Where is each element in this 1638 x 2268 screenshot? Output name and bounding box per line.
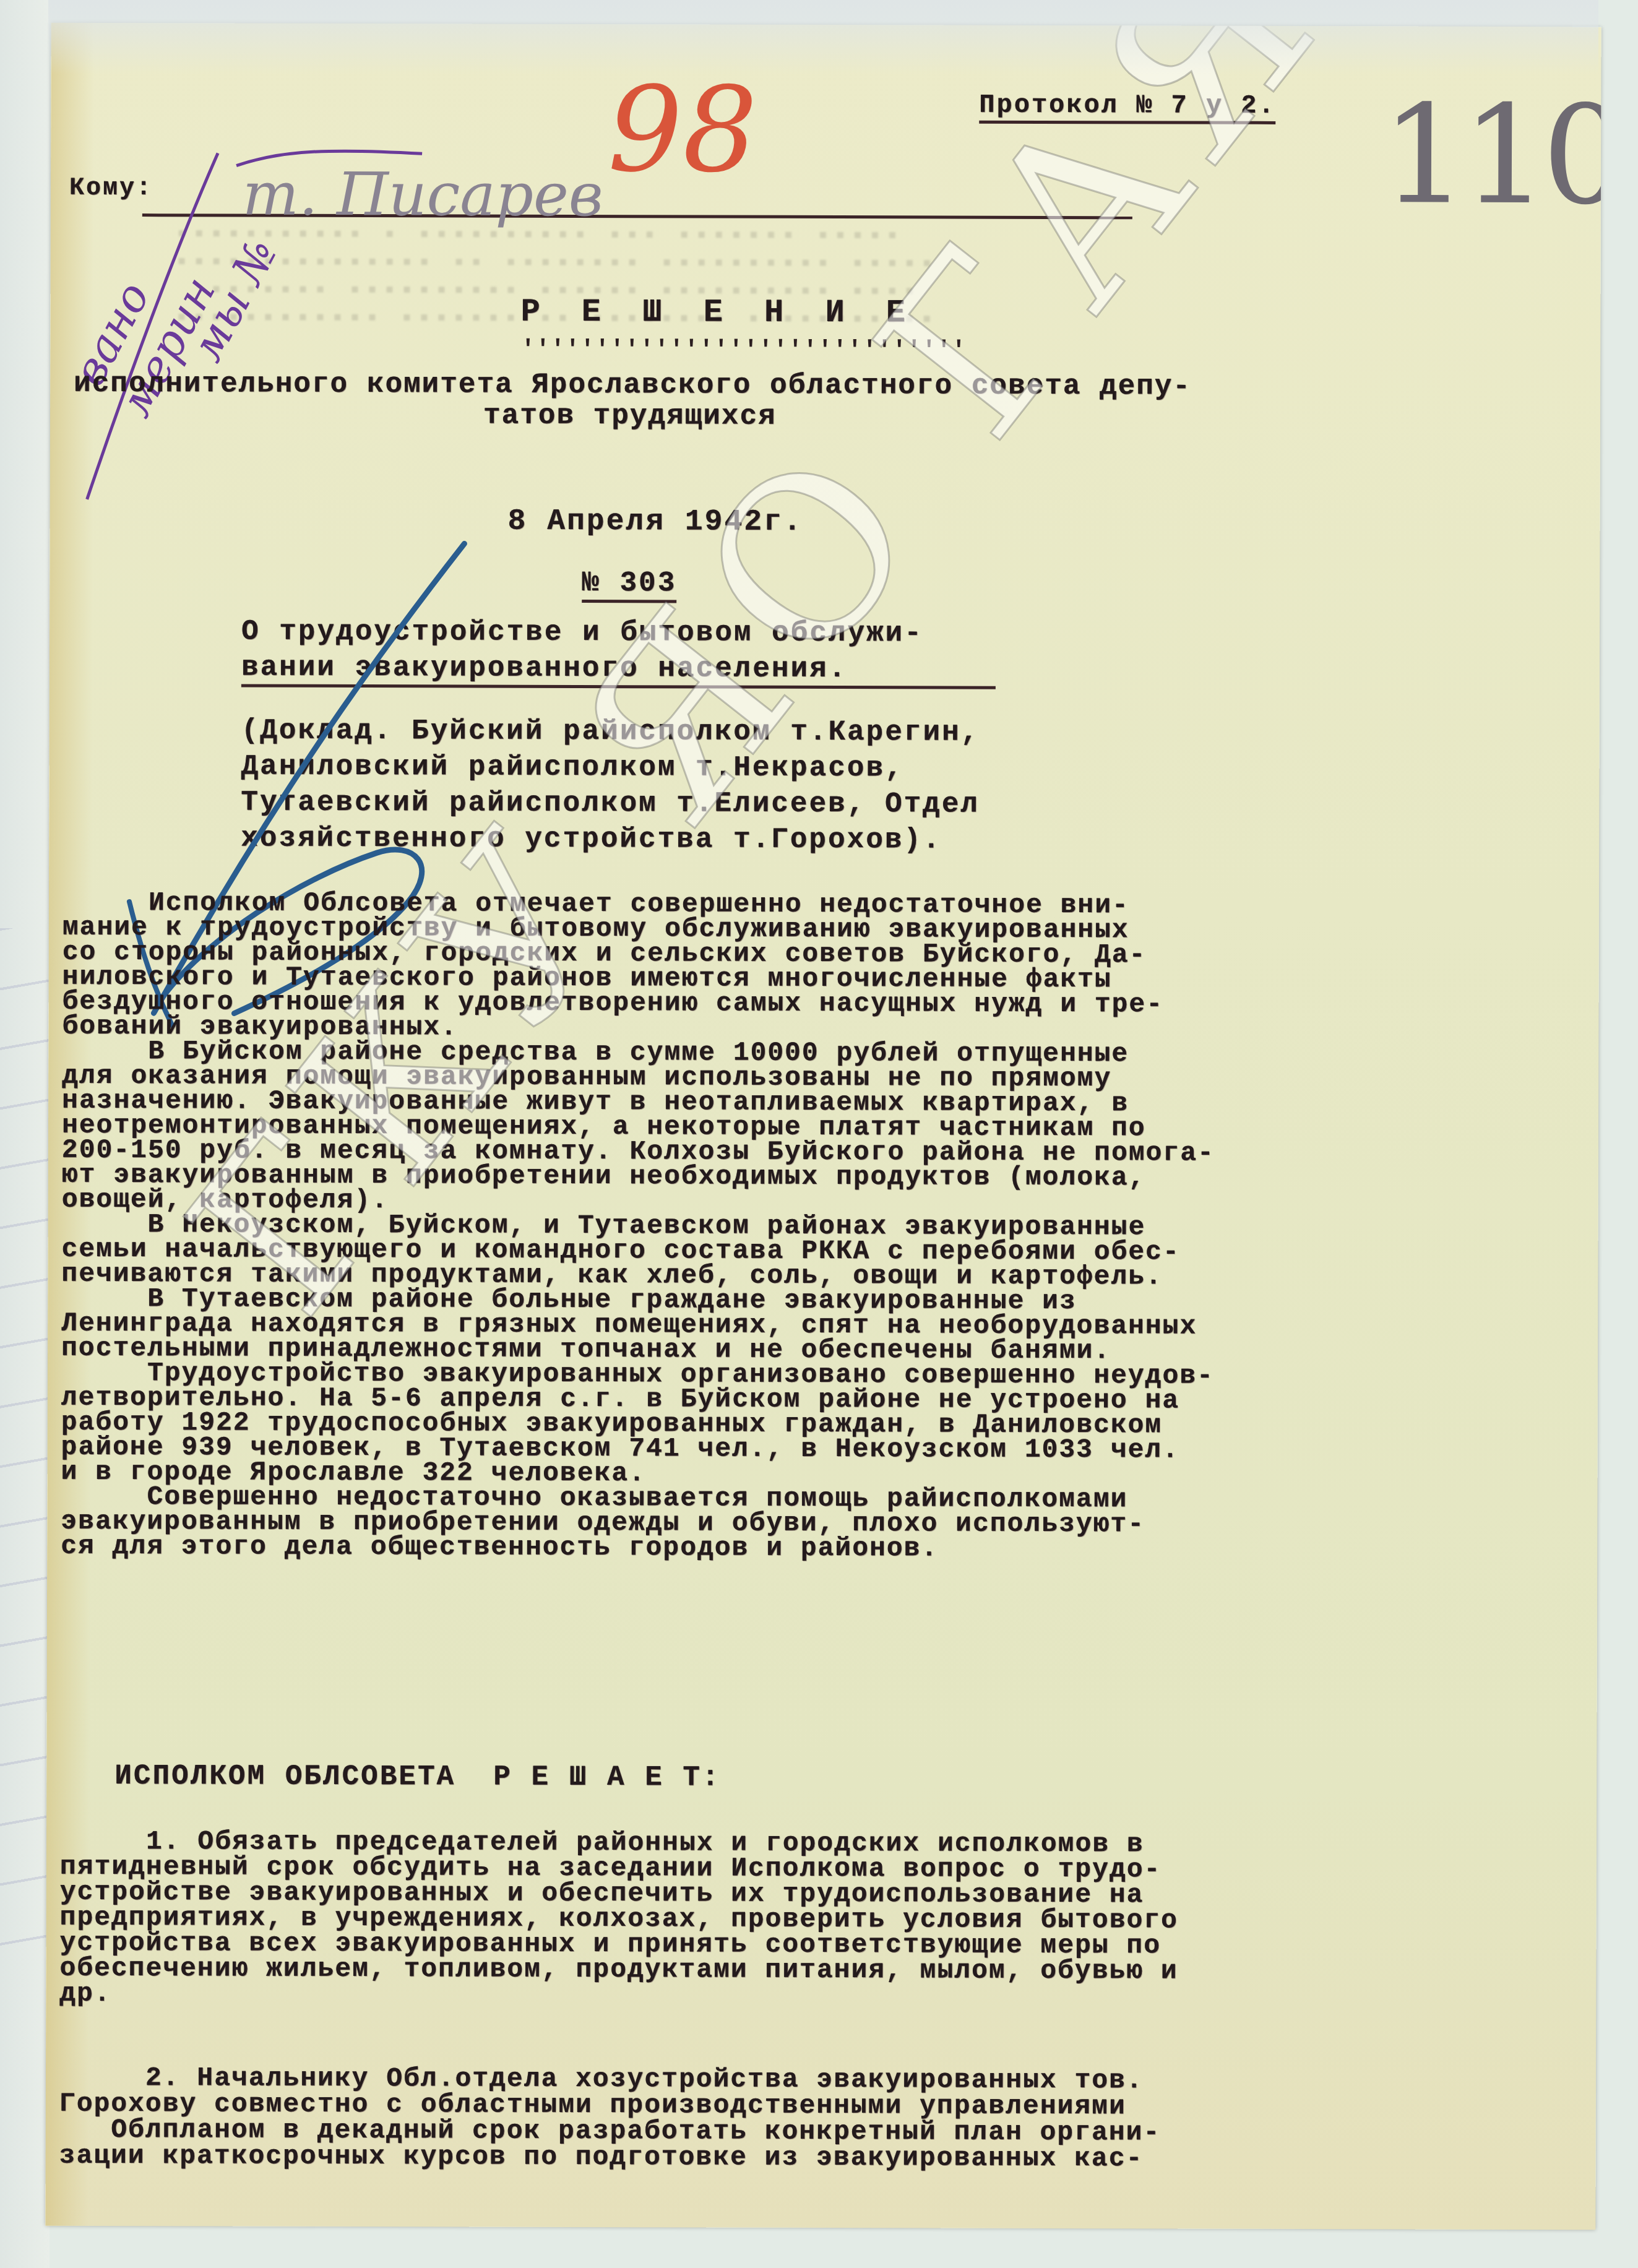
adjacent-page-handwriting [0,928,50,1980]
body-line: ся для этого дела общественность городов… [61,1534,1213,1562]
issuer-line-2: татов трудящихся [483,402,777,431]
red-folio-number: 98 [608,61,757,199]
resolution-item-2: 2. Начальнику Обл.отдела хозустройства э… [59,2065,1161,2172]
item-line: зации краткосрочных курсов по подготовке… [59,2143,1161,2172]
item-line: обеспечению жильем, топливом, продуктами… [59,1955,1178,1984]
pencil-folio-number: 110 [1381,75,1601,235]
document-page: ▪▪▪▪▪▪▪▪▪▪▪ ▪ ▪▪▪▪▪▪▪▪▪▪ ▪▪▪ ▪▪▪▪▪▪▪ ▪▪▪… [45,23,1601,2230]
scan-top-shadow [48,0,1598,74]
item-line: др. [59,1981,1178,2009]
resolves-heading: ИСПОЛКОМ ОБЛСОВЕТА Р Е Ш А Е Т: [114,1762,720,1792]
resolution-item-1: 1. Обязать председателей районных и горо… [59,1829,1178,2009]
purple-strike-line [75,128,460,513]
